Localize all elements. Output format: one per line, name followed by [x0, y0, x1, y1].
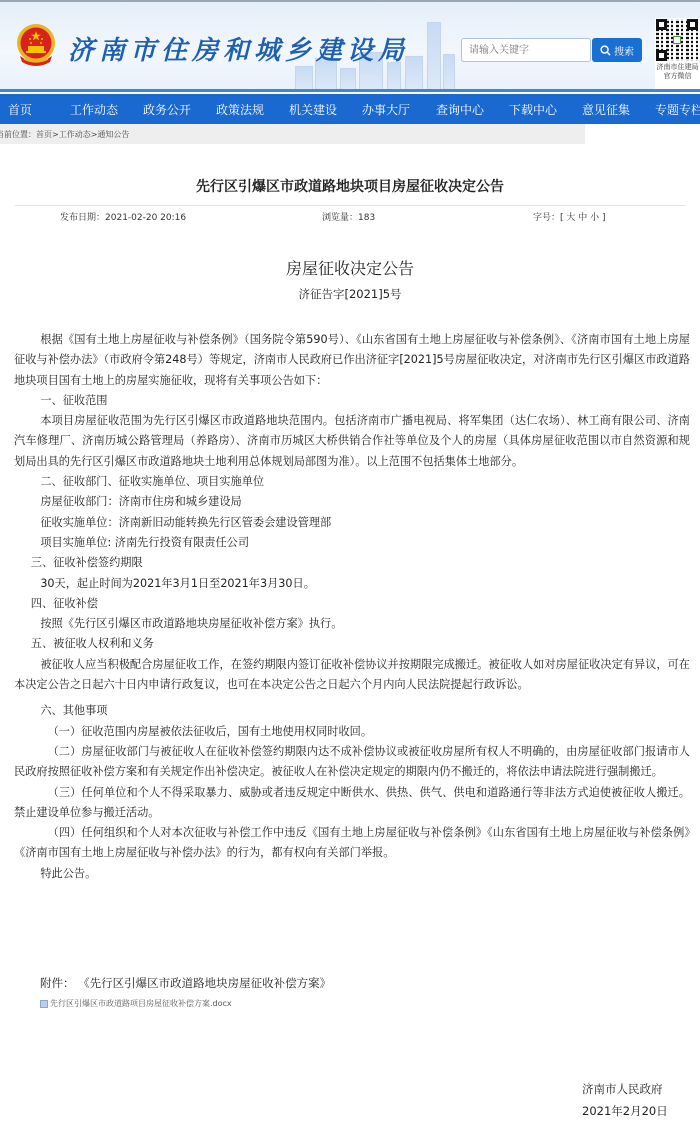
attachment-file-link[interactable]: 先行区引爆区市政道路项目房屋征收补偿方案.docx	[40, 998, 232, 1009]
signature-block: 济南市人民政府 2021年2月20日	[582, 1078, 668, 1122]
publish-date: 发布日期：2021-02-20 20:16	[60, 210, 186, 223]
section-heading-4: 四、征收补偿	[14, 594, 690, 614]
section-heading-6: 六、其他事项	[14, 701, 690, 721]
paragraph-compensation: 按照《先行区引爆区市政道路地块房屋征收补偿方案》执行。	[14, 614, 690, 634]
font-size-control: 字号：[ 大 中 小 ]	[533, 210, 605, 223]
view-count-label: 浏览量：	[322, 213, 358, 223]
publish-date-label: 发布日期：	[60, 213, 105, 223]
paragraph-rights: 被征收人应当积极配合房屋征收工作，在签约期限内签订征收补偿协议并按期限完成搬迁。…	[14, 655, 690, 696]
view-count-value: 183	[358, 213, 375, 223]
attachment-title: 《先行区引爆区市政道路地块房屋征收补偿方案》	[78, 976, 331, 990]
breadcrumb-prefix: 当前位置：	[0, 130, 36, 139]
nav-item-download-center[interactable]: 下载中心	[509, 101, 557, 118]
national-emblem-icon	[14, 22, 58, 68]
document-file-icon	[40, 1000, 48, 1008]
document-number: 济征告字[2021]5号	[0, 286, 700, 302]
nav-item-feedback[interactable]: 意见征集	[582, 101, 630, 118]
site-header: 济南市住房和城乡建设局 搜索 济南市住建局 官方微信	[0, 0, 700, 92]
paragraph-project-unit: 项目实施单位: 济南先行投资有限责任公司	[14, 533, 690, 553]
breadcrumb: 当前位置：首页>工作动态>通知公告	[0, 124, 585, 144]
article-title: 先行区引爆区市政道路地块项目房屋征收决定公告	[0, 176, 700, 196]
search-icon	[600, 45, 611, 56]
breadcrumb-path[interactable]: 首页>工作动态>通知公告	[36, 130, 129, 139]
paragraph-dept: 房屋征收部门：济南市住房和城乡建设局	[14, 492, 690, 512]
font-size-label: 字号：	[533, 213, 560, 223]
paragraph-other-4: （四）任何组织和个人对本次征收与补偿工作中违反《国有土地上房屋征收与补偿条例》《…	[14, 823, 690, 864]
paragraph-closing: 特此公告。	[14, 864, 690, 884]
main-nav: 首页 工作动态 政务公开 政策法规 机关建设 办事大厅 查询中心 下载中心 意见…	[0, 94, 700, 124]
search-button-label: 搜索	[614, 43, 634, 58]
attachment-line: 附件： 《先行区引爆区市政道路地块房屋征收补偿方案》	[40, 975, 331, 991]
nav-item-gov-affairs[interactable]: 政务公开	[143, 101, 191, 118]
nav-item-query-center[interactable]: 查询中心	[436, 101, 484, 118]
section-heading-3: 三、征收补偿签约期限	[14, 553, 690, 573]
nav-item-home[interactable]: 首页	[8, 101, 32, 118]
view-count: 浏览量：183	[322, 210, 375, 223]
font-size-options[interactable]: [ 大 中 小 ]	[560, 213, 605, 223]
paragraph-other-1: （一）征收范围内房屋被依法征收后，国有土地使用权同时收回。	[14, 722, 690, 742]
paragraph-other-2: （二）房屋征收部门与被征收人在征收补偿签约期限内达不成补偿协议或被征收房屋所有权…	[14, 742, 690, 783]
attachment-label: 附件：	[40, 976, 75, 990]
search-input[interactable]	[461, 38, 591, 62]
nav-item-service-hall[interactable]: 办事大厅	[362, 101, 410, 118]
section-heading-1: 一、征收范围	[14, 391, 690, 411]
section-heading-5: 五、被征收人权利和义务	[14, 634, 690, 654]
search-button[interactable]: 搜索	[592, 38, 642, 62]
nav-item-special-topics[interactable]: 专题专栏	[655, 101, 700, 118]
attachment-file-name[interactable]: 先行区引爆区市政道路项目房屋征收补偿方案.docx	[50, 998, 232, 1009]
document-title: 房屋征收决定公告	[0, 256, 700, 279]
paragraph-impl-unit: 征收实施单位：济南新旧动能转换先行区管委会建设管理部	[14, 513, 690, 533]
header-divider	[0, 89, 700, 92]
qr-caption-2: 官方微信	[655, 72, 700, 81]
publish-date-value: 2021-02-20 20:16	[105, 213, 186, 223]
paragraph-intro: 根据《国有土地上房屋征收与补偿条例》（国务院令第590号）、《山东省国有土地上房…	[14, 330, 690, 391]
paragraph-period: 30天，起止时间为2021年3月1日至2021年3月30日。	[14, 574, 690, 594]
signature-date: 2021年2月20日	[582, 1100, 668, 1122]
paragraph-other-3: （三）任何单位和个人不得采取暴力、威胁或者违反规定中断供水、供热、供气、供电和道…	[14, 783, 690, 824]
nav-item-work-news[interactable]: 工作动态	[70, 101, 118, 118]
qr-code-image	[656, 19, 698, 61]
nav-item-policies[interactable]: 政策法规	[216, 101, 264, 118]
wechat-qr-code: 济南市住建局 官方微信	[655, 18, 700, 92]
site-title: 济南市住房和城乡建设局	[68, 30, 409, 67]
section-heading-2: 二、征收部门、征收实施单位、项目实施单位	[14, 472, 690, 492]
nav-item-org-building[interactable]: 机关建设	[289, 101, 337, 118]
document-body: 根据《国有土地上房屋征收与补偿条例》（国务院令第590号）、《山东省国有土地上房…	[14, 330, 690, 884]
qr-caption-1: 济南市住建局	[655, 63, 700, 72]
signature-org: 济南市人民政府	[582, 1078, 668, 1100]
meta-divider	[15, 205, 685, 206]
paragraph-scope: 本项目房屋征收范围为先行区引爆区市政道路地块范围内。包括济南市广播电视局、将军集…	[14, 411, 690, 472]
